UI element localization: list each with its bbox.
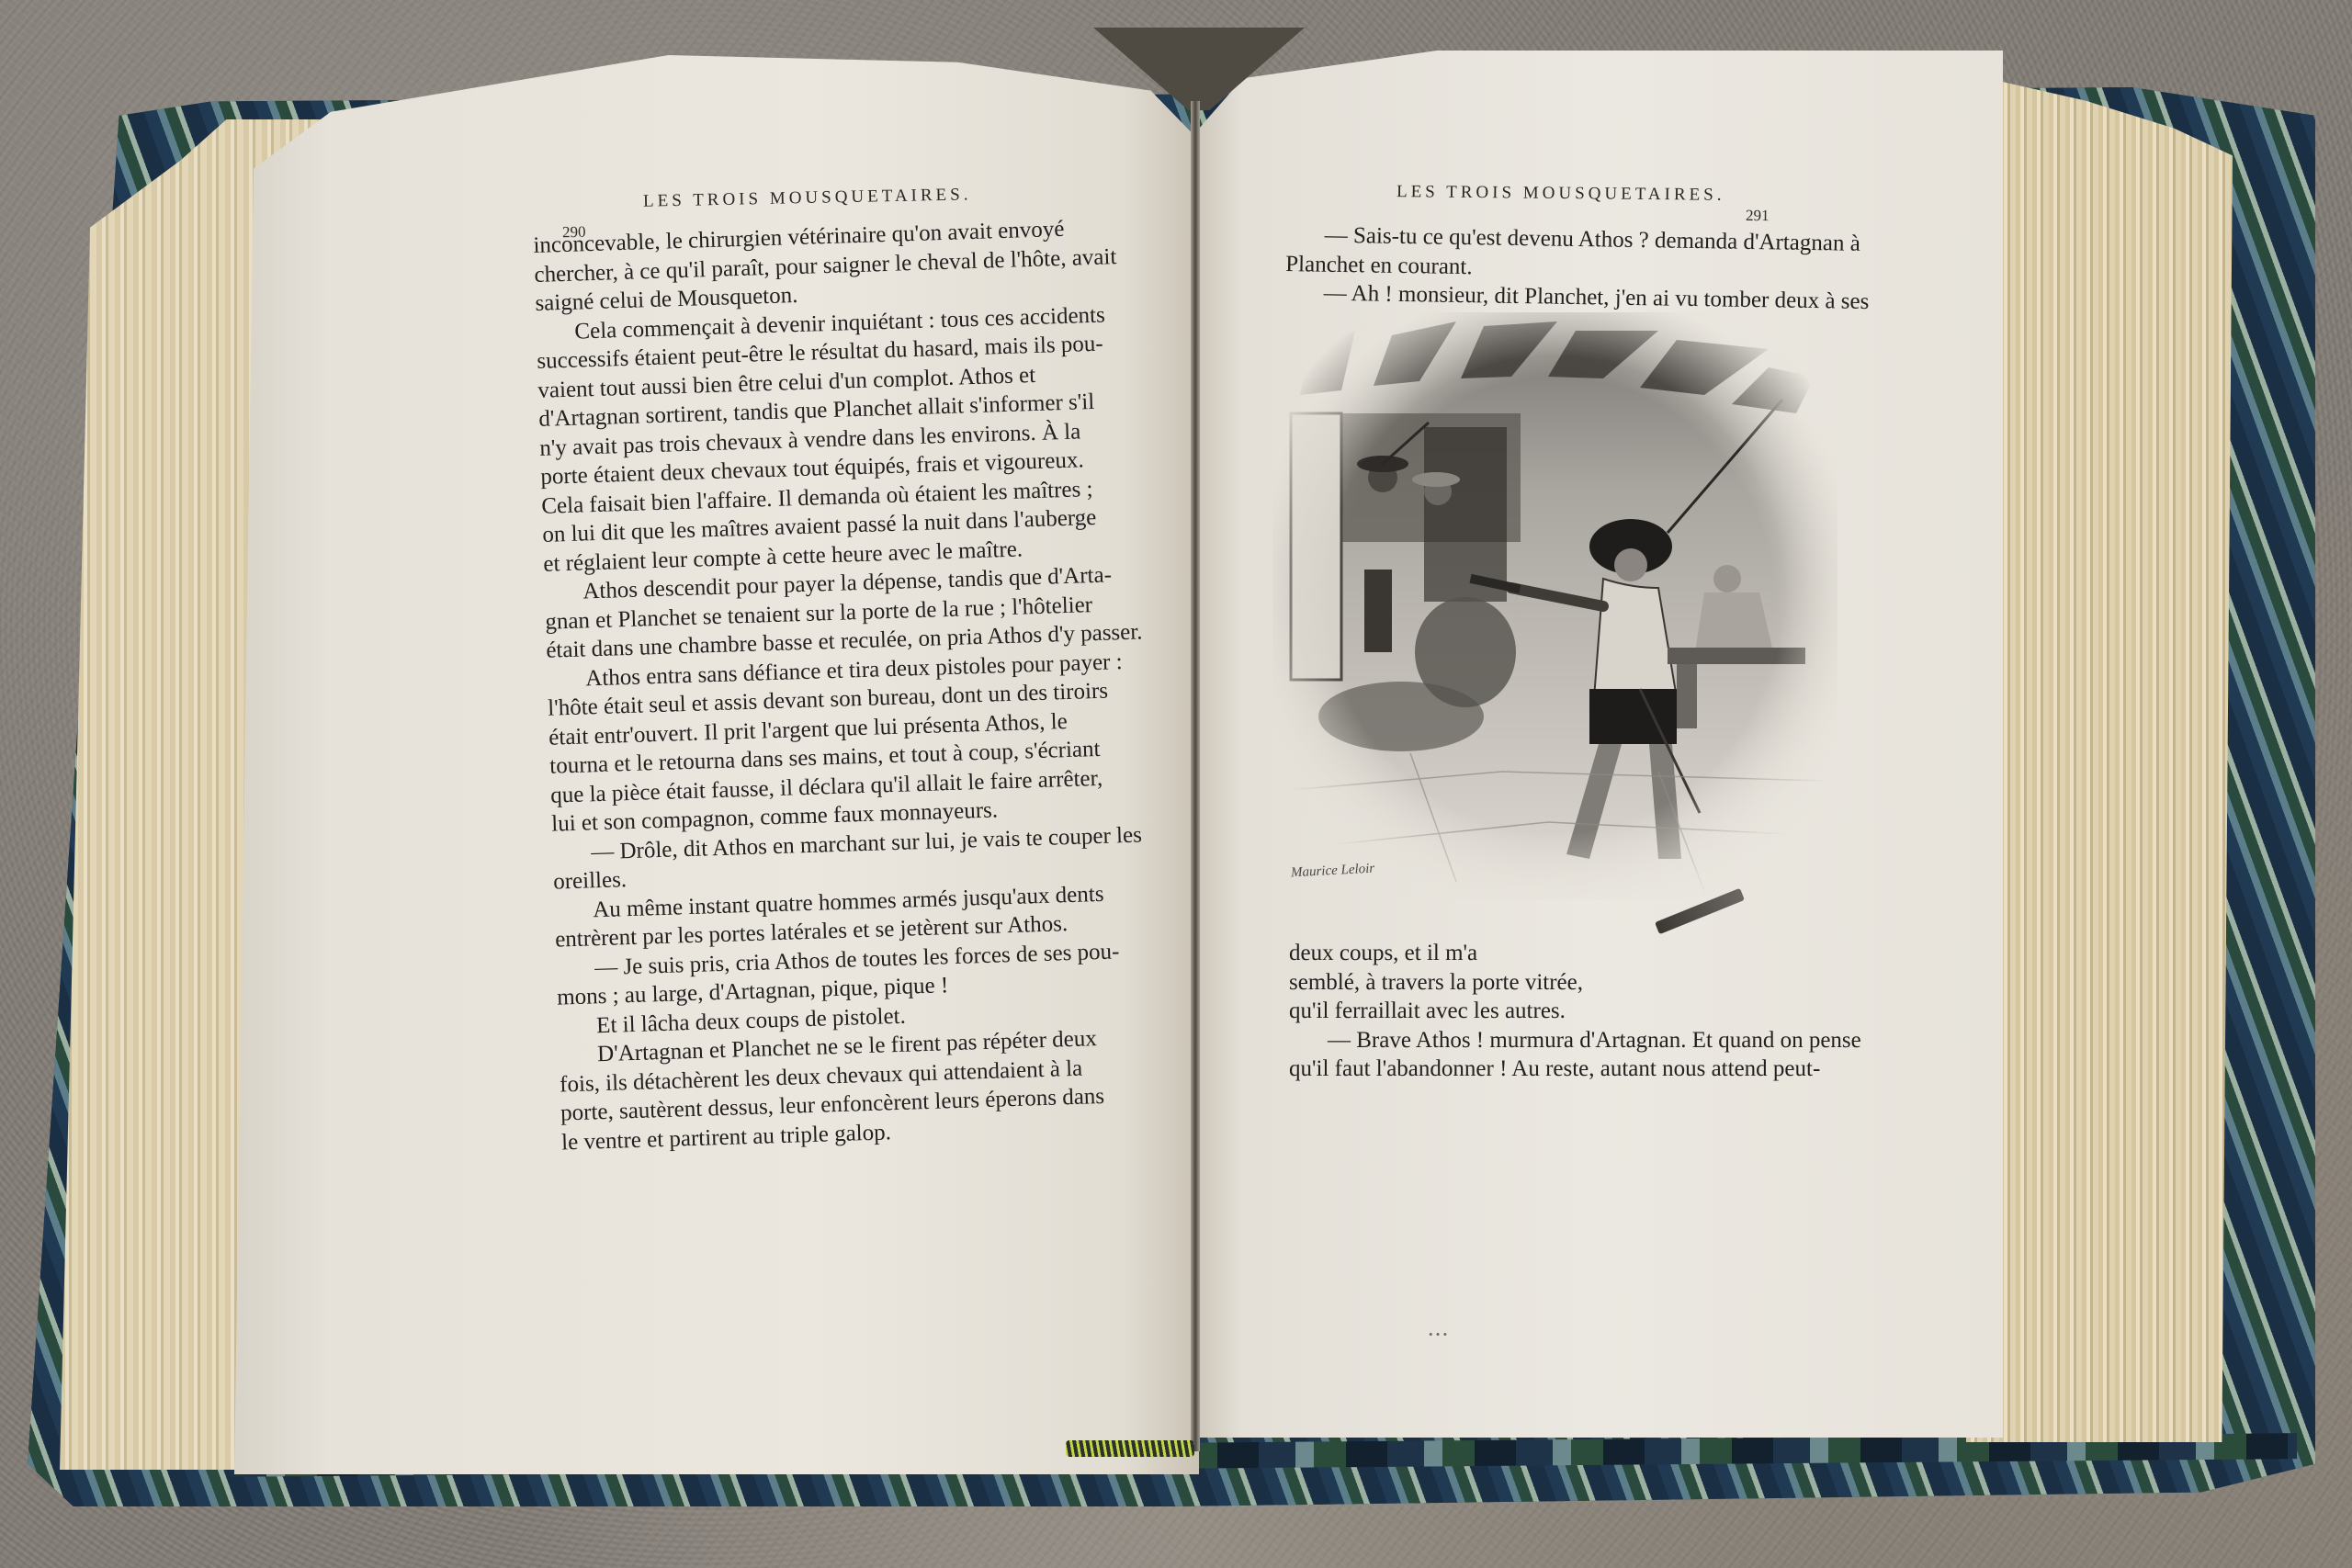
left-page-text: inconcevable, le chirurgien vétérinaire … [533,214,1113,1156]
duel-scene-drawing [1272,312,1837,900]
engraving-illustration [1272,312,1837,900]
bottom-page-mark: • • • [1429,1327,1447,1342]
text-line: qu'il ferraillait avec les autres. [1289,997,1840,1026]
right-page-text-bottom: deux coups, et il m'asemblé, à travers l… [1289,939,1840,1084]
right-page-block-edges [1966,73,2233,1442]
text-line: — Brave Athos ! murmura d'Artagnan. Et q… [1289,1026,1840,1055]
right-running-head: LES TROIS MOUSQUETAIRES. [1396,182,1725,206]
book-gutter [1191,101,1200,1451]
text-line: qu'il faut l'abandonner ! Au reste, auta… [1289,1055,1840,1084]
headband [1066,1440,1194,1457]
text-line: semblé, à travers la porte vitrée, [1289,968,1840,998]
right-page-number: 291 [1746,207,1770,225]
right-page-text-top: — Sais-tu ce qu'est devenu Athos ? deman… [1285,220,1801,315]
text-line: deux coups, et il m'a [1289,939,1840,968]
